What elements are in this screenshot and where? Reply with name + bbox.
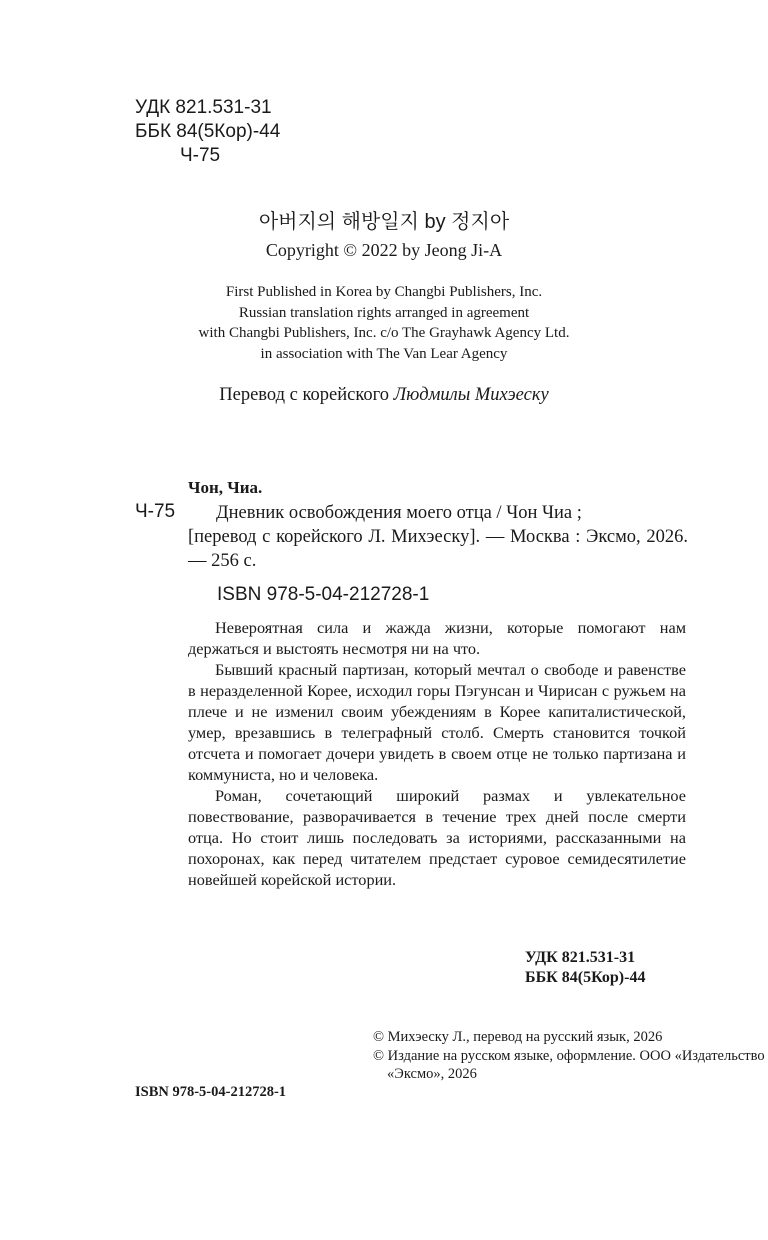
notice-edition: © Издание на русском языке, оформление. … xyxy=(373,1047,768,1084)
description-first-line: Дневник освобождения моего отца / Чон Чи… xyxy=(188,501,688,525)
author-mark: Ч-75 xyxy=(135,144,280,168)
original-title: 아버지의 해방일지 by 정지아 xyxy=(0,205,768,234)
classification-top: УДК 821.531-31 ББК 84(5Кор)-44 Ч-75 xyxy=(135,96,280,168)
description-rest: [перевод с корейского Л. Михэеску]. — Мо… xyxy=(188,525,688,573)
bibliographic-description: Дневник освобождения моего отца / Чон Чи… xyxy=(188,501,688,573)
translator-credit: Перевод с корейского Людмилы Михэеску xyxy=(0,385,768,406)
isbn-main: ISBN 978-5-04-212728-1 xyxy=(217,584,429,606)
annotation-paragraph: Бывший красный партизан, который мечтал … xyxy=(188,659,686,785)
translator-name: Людмилы Михэеску xyxy=(394,385,549,405)
rights-line: with Changbi Publishers, Inc. c/o The Gr… xyxy=(0,323,768,344)
isbn-bottom: ISBN 978-5-04-212728-1 xyxy=(135,1084,286,1101)
notice-translation: © Михэеску Л., перевод на русский язык, … xyxy=(373,1028,768,1047)
translation-prefix: Перевод с корейского xyxy=(219,385,389,405)
rights-line: First Published in Korea by Changbi Publ… xyxy=(0,282,768,303)
classification-bottom: УДК 821.531-31 ББК 84(5Кор)-44 xyxy=(525,948,645,988)
record-author-mark: Ч-75 xyxy=(135,501,175,523)
udk-code: УДК 821.531-31 xyxy=(135,96,280,120)
rights-statement: First Published in Korea by Changbi Publ… xyxy=(0,282,768,364)
bbk-code-bottom: ББК 84(5Кор)-44 xyxy=(525,968,645,988)
annotation-paragraph: Невероятная сила и жажда жизни, которые … xyxy=(188,617,686,659)
rights-line: in association with The Van Lear Agency xyxy=(0,344,768,365)
bbk-code: ББК 84(5Кор)-44 xyxy=(135,120,280,144)
annotation-paragraph: Роман, сочетающий широкий размах и увлек… xyxy=(188,785,686,890)
record-author-heading: Чон, Чиа. xyxy=(188,478,262,498)
rights-line: Russian translation rights arranged in a… xyxy=(0,303,768,324)
copyright-notices: © Михэеску Л., перевод на русский язык, … xyxy=(373,1028,768,1084)
udk-code-bottom: УДК 821.531-31 xyxy=(525,948,645,968)
copyright-line: Copyright © 2022 by Jeong Ji-A xyxy=(0,240,768,261)
annotation: Невероятная сила и жажда жизни, которые … xyxy=(188,617,686,890)
